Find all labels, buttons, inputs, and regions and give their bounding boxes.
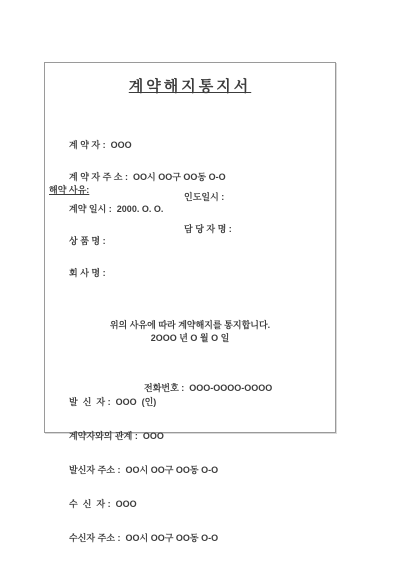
field-value: 2000. O. O. xyxy=(117,204,164,214)
notice-form-border: 계약해지통지서 계 약 자 : OOO 계 약 자 주 소 : OO시 OO구 … xyxy=(44,62,336,433)
field-label: 계 약 자 : xyxy=(69,140,111,150)
field-value: OOO-OOOO-OOOO xyxy=(189,383,272,393)
field-value: OOO xyxy=(111,140,132,150)
reason-label: 해약 사유: xyxy=(49,183,89,196)
field-label: 상 품 명 : xyxy=(69,236,108,246)
field-label: 전화번호 : xyxy=(144,383,189,393)
date-text: 2OOO 년 O 월 O 일 xyxy=(45,332,335,345)
info-row-manager-name: 담 당 자 명 : xyxy=(184,223,234,235)
field-value: OO시 OO구 OO동 O-O xyxy=(126,465,219,475)
field-value: OO시 OO구 OO동 O-O xyxy=(126,533,219,543)
field-label: 계약 일시 : xyxy=(69,204,117,214)
field-value: OOO (인) xyxy=(116,397,157,407)
footer-row-sender: 발 신 자 : OOO (인) 전화번호 : OOO-OOOO-OOOO xyxy=(49,381,333,395)
notice-text: 위의 사유에 따라 계약해지를 통지합니다. xyxy=(45,319,335,332)
field-label: 계약자와의 관계 : xyxy=(69,431,143,441)
field-label: 발 신 자 : xyxy=(69,397,116,407)
sender-receiver-block: 발 신 자 : OOO (인) 전화번호 : OOO-OOOO-OOOO 계약자… xyxy=(49,361,333,551)
info-row-delivery-date: 인도일시 : xyxy=(184,191,227,203)
info-row-contractor-address: 계 약 자 주 소 : OO시 OO구 OO동 O-O xyxy=(49,159,333,171)
field-value: OOO xyxy=(116,499,137,509)
field-label: 발신자 주소 : xyxy=(69,465,125,475)
field-label: 회 사 명 : xyxy=(69,268,108,278)
footer-row-phone: 전화번호 : OOO-OOOO-OOOO xyxy=(144,381,272,395)
footer-row-receiver: 수 신 자 : OOO xyxy=(49,483,333,497)
field-label: 담 당 자 명 : xyxy=(184,224,234,234)
document-page: 계약해지통지서 계 약 자 : OOO 계 약 자 주 소 : OO시 OO구 … xyxy=(0,0,400,566)
info-row-company-name: 회 사 명 : xyxy=(49,255,333,267)
info-row-product-name: 상 품 명 : 담 당 자 명 : xyxy=(49,223,333,235)
field-label: 계 약 자 주 소 : xyxy=(69,172,133,182)
field-label: 수신자 주소 : xyxy=(69,533,125,543)
field-label: 수 신 자 : xyxy=(69,499,116,509)
contract-info-block: 계 약 자 : OOO 계 약 자 주 소 : OO시 OO구 OO동 O-O … xyxy=(49,107,333,287)
field-label: 인도일시 : xyxy=(184,192,227,202)
notice-block: 위의 사유에 따라 계약해지를 통지합니다. 2OOO 년 O 월 O 일 xyxy=(45,319,335,345)
footer-row-sender-address: 발신자 주소 : OO시 OO구 OO동 O-O xyxy=(49,449,333,463)
footer-row-receiver-address: 수신자 주소 : OO시 OO구 OO동 O-O xyxy=(49,517,333,531)
footer-row-relationship: 계약자와의 관계 : OOO xyxy=(49,415,333,429)
field-value: OOO xyxy=(143,431,164,441)
page-title: 계약해지통지서 xyxy=(45,75,335,96)
info-row-contractor: 계 약 자 : OOO xyxy=(49,127,333,139)
info-row-contract-date: 계약 일시 : 2000. O. O. 인도일시 : xyxy=(49,191,333,203)
field-value: OO시 OO구 OO동 O-O xyxy=(133,172,226,182)
